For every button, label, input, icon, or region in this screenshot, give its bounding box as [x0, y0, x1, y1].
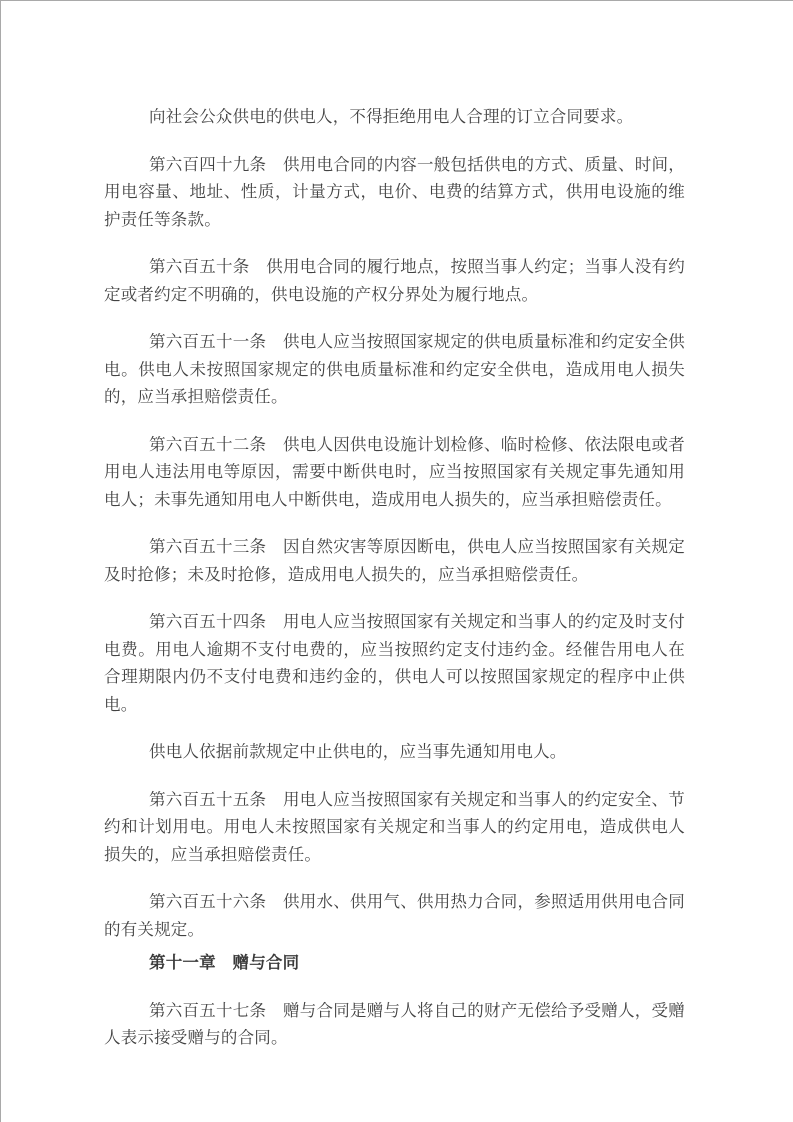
paragraph-article-650: 第六百五十条 供用电合同的履行地点，按照当事人约定；当事人没有约定或者约定不明确…	[104, 253, 685, 308]
paragraph-article-657: 第六百五十七条 赠与合同是赠与人将自己的财产无偿给予受赠人，受赠人表示接受赠与的…	[104, 997, 685, 1052]
paragraph-article-654: 第六百五十四条 用电人应当按照国家有关规定和当事人的约定及时支付电费。用电人逾期…	[104, 608, 685, 718]
paragraph-article-654-clause2: 供电人依据前款规定中止供电的，应当事先通知用电人。	[104, 738, 685, 766]
paragraph-article-653: 第六百五十三条 因自然灾害等原因断电，供电人应当按照国家有关规定及时抢修；未及时…	[104, 533, 685, 588]
paragraph-article-652: 第六百五十二条 供电人因供电设施计划检修、临时检修、依法限电或者用电人违法用电等…	[104, 431, 685, 514]
paragraph-supplier-obligation: 向社会公众供电的供电人，不得拒绝用电人合理的订立合同要求。	[104, 103, 685, 131]
paragraph-article-649: 第六百四十九条 供用电合同的内容一般包括供电的方式、质量、时间，用电容量、地址、…	[104, 151, 685, 234]
document-page: { "page": { "background_color": "#ffffff…	[0, 0, 793, 1122]
paragraph-article-655: 第六百五十五条 用电人应当按照国家有关规定和当事人的约定安全、节约和计划用电。用…	[104, 786, 685, 869]
page-canvas: 向社会公众供电的供电人，不得拒绝用电人合理的订立合同要求。 第六百四十九条 供用…	[1, 1, 793, 1122]
chapter-heading-11: 第十一章 赠与合同	[104, 949, 685, 977]
paragraph-article-656: 第六百五十六条 供用水、供用气、供用热力合同，参照适用供用电合同的有关规定。	[104, 888, 685, 943]
paragraph-article-651: 第六百五十一条 供电人应当按照国家规定的供电质量标准和约定安全供电。供电人未按照…	[104, 328, 685, 411]
document-body: 向社会公众供电的供电人，不得拒绝用电人合理的订立合同要求。 第六百四十九条 供用…	[104, 103, 685, 1052]
